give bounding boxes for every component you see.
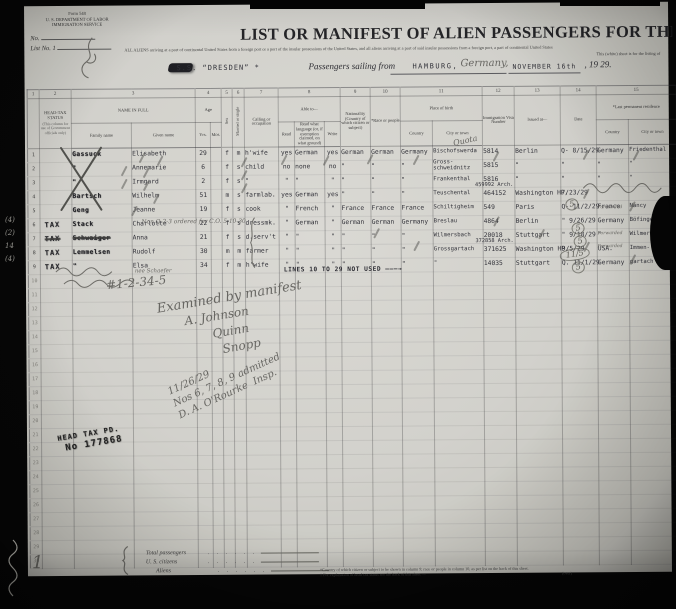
cell-nat: ": [341, 174, 371, 188]
col-header-yrs: Yrs.: [195, 122, 210, 147]
cell-yrs: [198, 441, 213, 455]
cell-calling: ": [245, 175, 279, 189]
cell-bcity: [435, 454, 485, 468]
cell-lcountry: [598, 397, 630, 411]
col-num: 4: [195, 88, 221, 97]
cell-read: [280, 385, 296, 399]
cell-yrs: [198, 511, 213, 525]
port-of-sailing: HAMBURG,: [412, 62, 458, 70]
cell-no: 27: [30, 513, 42, 527]
scanned-photo: Form 548 U. S. DEPARTMENT OF LABOR IMMIG…: [0, 0, 676, 609]
cell-write: [326, 413, 342, 427]
cell-tax: [41, 372, 73, 386]
cell-lcity: [630, 312, 676, 326]
cell-issued: [517, 509, 563, 523]
cell-mos: [213, 455, 224, 469]
cell-given: Jeanne: [132, 204, 196, 218]
cell-write: [326, 357, 342, 371]
cell-nat: [343, 496, 373, 510]
cell-no: 3: [28, 177, 40, 191]
cell-mos: [211, 203, 222, 217]
cell-read: [280, 399, 296, 413]
cell-nat: [342, 426, 372, 440]
cell-visa: [484, 299, 516, 313]
cell-tax: [41, 400, 73, 414]
cell-mos: [211, 147, 222, 161]
col-header-read: Read: [278, 122, 294, 147]
cell-write: [326, 371, 342, 385]
cell-read: [280, 413, 296, 427]
cell-calling: [246, 427, 280, 441]
cell-date: [563, 523, 599, 537]
cell-issued: [517, 495, 563, 509]
cell-read: [280, 315, 296, 329]
cell-read: [281, 497, 297, 511]
cell-bcity: [435, 496, 485, 510]
col-header-mos: Mos.: [210, 122, 221, 147]
cell-yrs: [197, 329, 212, 343]
cell-race: France: [371, 202, 401, 216]
cell-ms: s: [233, 203, 245, 217]
cell-family: [73, 330, 133, 344]
cell-family: Stack: [72, 218, 132, 232]
cell-visa: 5815: [483, 159, 515, 173]
cell-bcountry: [403, 510, 435, 524]
cell-bcity: Gross-schweidnitz: [433, 160, 483, 174]
cell-family: [73, 372, 133, 386]
illegible-scribble: [54, 263, 166, 292]
cell-write: [326, 343, 342, 357]
cell-bcountry: [402, 384, 434, 398]
cell-lang: [297, 469, 327, 483]
cell-nat: ": [341, 188, 371, 202]
cell-mos: [213, 469, 224, 483]
cell-tax: [41, 344, 73, 358]
margin-mark-2: (2): [5, 229, 15, 237]
cell-mos: [211, 231, 222, 245]
cell-ms: [235, 441, 247, 455]
cell-race: [372, 286, 402, 300]
cell-bcity: [434, 300, 484, 314]
cell-visa: [485, 481, 517, 495]
cell-family: [74, 512, 134, 526]
header-row-groups: HEAD-TAX STATUS (This column for use of …: [27, 94, 676, 124]
cell-no: 19: [29, 401, 41, 415]
cell-lang: [296, 385, 326, 399]
cell-sex: m: [222, 189, 233, 203]
cell-lcity: [630, 340, 676, 354]
footnote-block: *Country of which citizen or subject to …: [320, 565, 572, 577]
cell-write: [327, 469, 343, 483]
cell-lcountry: [599, 467, 631, 481]
cell-bcountry: [402, 370, 434, 384]
cell-no: 12: [29, 303, 41, 317]
cell-read: [280, 329, 296, 343]
col-num: 2: [39, 89, 71, 98]
cell-ms: [235, 469, 247, 483]
cell-date: [562, 299, 598, 313]
col-header-headtax: HEAD-TAX STATUS (This column for use of …: [39, 98, 71, 148]
cell-visa: [485, 523, 517, 537]
cell-given: Irmgard: [132, 176, 196, 190]
cell-write: yes: [325, 189, 341, 203]
cell-lcity: [630, 396, 676, 410]
cell-race: [372, 314, 402, 328]
cell-no: 20: [29, 415, 41, 429]
col-header-race: *Race or people: [370, 96, 400, 146]
cell-sex: [224, 497, 235, 511]
cell-mos: [212, 413, 223, 427]
cell-mos: [213, 483, 224, 497]
cell-bcountry: [402, 356, 434, 370]
cell-bcity: Teuschental: [433, 188, 483, 202]
col-header-read-lang: Read what language (or, if exemption cla…: [294, 122, 324, 147]
cell-lcountry: [599, 439, 631, 453]
subtitle: ALL ALIENS arriving at a port of contine…: [124, 44, 666, 53]
cell-lcountry: [598, 341, 630, 355]
cell-lang: [296, 371, 326, 385]
cell-lang: [296, 357, 326, 371]
cell-race: [373, 538, 403, 552]
cell-issued: [516, 369, 562, 383]
cell-bcountry: [403, 482, 435, 496]
cell-yrs: 6: [196, 161, 211, 175]
margin-mark-4: (4): [5, 255, 15, 263]
cell-lang: German: [295, 217, 325, 231]
cell-write: [326, 385, 342, 399]
cell-race: [373, 524, 403, 538]
cell-given: Wilhelm: [132, 190, 196, 204]
cell-lcity: [631, 480, 676, 494]
photo-border-tab-2: [560, 0, 660, 6]
cell-issued: [516, 299, 562, 313]
cell-bcity: [435, 468, 485, 482]
cell-bcity: Schiltigheim: [433, 202, 483, 216]
cell-lcity: [631, 550, 676, 564]
cell-lang: ": [295, 245, 325, 259]
cell-nat: [343, 552, 373, 566]
cell-no: 1: [28, 149, 40, 163]
cell-visa: [484, 397, 516, 411]
cell-lang: German: [295, 147, 325, 161]
forwarded-note-1: Forwarded: [597, 205, 622, 210]
row6-order-note: Non Q-2-3 ordered for C.O. 5-10-30: [142, 219, 246, 226]
cell-yrs: 19: [196, 203, 211, 217]
cell-race: [372, 328, 402, 342]
cell-sex: [224, 511, 235, 525]
cell-no: 8: [28, 247, 40, 261]
cell-given: [133, 330, 197, 344]
cell-write: [326, 329, 342, 343]
cell-bcountry: [402, 412, 434, 426]
cell-nat: [343, 510, 373, 524]
margin-mark-3: 14: [5, 242, 14, 250]
cell-read: [281, 525, 297, 539]
cell-lcountry: [597, 271, 629, 285]
cell-read: [281, 441, 297, 455]
list-label: List No. 1: [30, 45, 56, 52]
aliens-line: Aliens. . . . . .: [146, 565, 329, 575]
cell-nat: [342, 398, 372, 412]
cell-write: ": [325, 175, 341, 189]
cell-write: ": [325, 217, 341, 231]
col-header-calling: Calling or occupation: [244, 97, 278, 147]
cell-bcity: [435, 440, 485, 454]
manifest-body: 1GassuckElisabeth29fmh'wifeyesGermanyesG…: [28, 144, 676, 569]
cell-bcity: [434, 328, 484, 342]
cell-ms: [235, 525, 247, 539]
cell-lang: French: [295, 203, 325, 217]
cell-bcountry: [402, 286, 434, 300]
cell-lang: [296, 427, 326, 441]
cell-mos: [213, 441, 224, 455]
cell-yrs: [198, 497, 213, 511]
cell-lang: [297, 455, 327, 469]
col-header-issued: Issued at—: [514, 95, 560, 145]
cell-lcountry: Germany: [597, 257, 629, 271]
cell-ms: [235, 511, 247, 525]
cell-tax: [42, 512, 74, 526]
cell-no: 4: [28, 191, 40, 205]
cell-sex: f: [222, 161, 233, 175]
cell-lcity: ": [629, 158, 676, 172]
cell-read: ": [279, 231, 295, 245]
cell-sex: f: [222, 147, 233, 161]
cell-bcountry: [402, 314, 434, 328]
col-header-last-city: City or town: [628, 119, 676, 144]
cell-date: [562, 383, 598, 397]
cell-yrs: [197, 343, 212, 357]
photo-border-tab: [250, 0, 425, 9]
pencil-flourish: [72, 36, 102, 80]
cell-lang: German: [295, 189, 325, 203]
cell-lcity: [631, 508, 676, 522]
cell-nat: [342, 384, 372, 398]
cell-visa: [485, 495, 517, 509]
col-header-write: Write: [324, 122, 340, 147]
cell-nat: [343, 482, 373, 496]
cell-race: ": [371, 160, 401, 174]
cell-bcity: [434, 426, 484, 440]
cell-date: [563, 495, 599, 509]
cell-bcountry: [401, 272, 433, 286]
cell-sex: f: [222, 203, 233, 217]
cell-read: [281, 483, 297, 497]
cell-bcountry: [403, 440, 435, 454]
cell-issued: ": [515, 159, 561, 173]
cell-race: [373, 496, 403, 510]
cell-calling: [247, 455, 281, 469]
manifest-sheet: Form 548 U. S. DEPARTMENT OF LABOR IMMIG…: [24, 2, 672, 576]
cell-family: [73, 386, 133, 400]
cell-lcountry: [598, 383, 630, 397]
cell-tax: [42, 554, 74, 568]
cell-visa: 14035: [483, 257, 515, 271]
cell-no: 21: [29, 429, 41, 443]
service-line: IMMIGRATION SERVICE: [28, 22, 126, 28]
cell-tax: [42, 484, 74, 498]
cell-bcountry: [402, 398, 434, 412]
col-num: 6: [232, 88, 244, 97]
cell-no: 10: [28, 275, 40, 289]
residence-scribble: [581, 178, 663, 201]
cell-race: German: [371, 146, 401, 160]
cell-write: [325, 273, 341, 287]
cell-tax: [42, 456, 74, 470]
cell-tax: [41, 414, 73, 428]
cell-nat: [342, 314, 372, 328]
cell-date: [562, 285, 598, 299]
cell-calling: [246, 301, 280, 315]
cell-race: [372, 384, 402, 398]
cell-bcountry: [402, 328, 434, 342]
photo-clip-shadow: [650, 196, 676, 270]
cell-yrs: [198, 483, 213, 497]
cell-bcity: [434, 286, 484, 300]
cell-sex: [224, 525, 235, 539]
cell-tax: [42, 498, 74, 512]
cell-tax: [42, 540, 74, 554]
cell-mos: [212, 427, 223, 441]
cell-write: [327, 539, 343, 553]
cell-lcity: [631, 438, 676, 452]
footnote-2: † For explanation of head-tax status see…: [320, 570, 572, 577]
cell-lcity: [631, 494, 676, 508]
cell-nat: [342, 286, 372, 300]
cell-nat: German: [341, 216, 371, 230]
cell-nat: German: [341, 146, 371, 160]
no-label: No.: [30, 35, 39, 42]
cell-lang: [297, 497, 327, 511]
cell-race: [372, 300, 402, 314]
col-num: 9: [340, 87, 370, 96]
cell-write: [326, 427, 342, 441]
cell-nat: [343, 454, 373, 468]
cell-visa: [485, 537, 517, 551]
vessel-line: S.S. “DRESDEN” * Passengers sailing from…: [24, 59, 668, 79]
cell-read: [280, 427, 296, 441]
cell-yrs: 29: [196, 147, 211, 161]
cell-visa: [485, 425, 517, 439]
cell-issued: [516, 327, 562, 341]
cell-bcountry: [402, 426, 434, 440]
cell-yrs: 34: [196, 259, 211, 273]
col-header-name-group: NAME IN FULL: [71, 98, 195, 124]
col-num: 7: [244, 88, 278, 97]
cell-date: ": [561, 159, 597, 173]
col-num: 10: [370, 87, 400, 96]
cell-ms: [234, 427, 246, 441]
subtitle-2: This (white) sheet is for the listing of: [596, 51, 660, 56]
cell-bcountry: France: [401, 202, 433, 216]
cell-sex: [224, 483, 235, 497]
sailing-label: Passengers sailing from: [308, 61, 395, 72]
cell-nat: [341, 272, 371, 286]
cell-issued: [517, 481, 563, 495]
cell-race: [373, 454, 403, 468]
cell-write: [326, 399, 342, 413]
cell-read: ": [279, 217, 295, 231]
cell-family: Lemmelsen: [72, 246, 132, 260]
cell-race: ": [371, 244, 401, 258]
cell-visa: [485, 439, 517, 453]
col-header-birth-country: Country: [400, 121, 432, 146]
cell-date: [562, 369, 598, 383]
cell-visa: 372858 Arch.371625: [483, 243, 515, 257]
cell-write: [326, 301, 342, 315]
cell-no: 5: [28, 205, 40, 219]
cell-yrs: 51: [196, 189, 211, 203]
form-number-stamp: Form 548 U. S. DEPARTMENT OF LABOR IMMIG…: [28, 11, 126, 28]
cell-ms: [234, 399, 246, 413]
cell-read: ": [279, 245, 295, 259]
cell-no: 2: [28, 163, 40, 177]
cell-issued: [517, 467, 563, 481]
cell-lcountry: [598, 327, 630, 341]
cell-lcountry: [599, 481, 631, 495]
cell-lcity: [629, 270, 676, 284]
cell-issued: Stuttgart: [515, 257, 561, 271]
cell-issued: Washington HP.: [515, 243, 561, 257]
cell-sex: [223, 427, 234, 441]
cell-visa: [484, 341, 516, 355]
cell-read: [280, 343, 296, 357]
margin-mark-1: (4): [5, 216, 15, 224]
cell-given: [133, 344, 197, 358]
cell-given: [133, 428, 197, 442]
cell-nat: France: [341, 202, 371, 216]
cell-race: German: [371, 216, 401, 230]
cell-yrs: [196, 273, 211, 287]
cell-sex: [224, 469, 235, 483]
cell-date: [563, 439, 599, 453]
cell-yrs: [197, 413, 212, 427]
cell-mos: [211, 189, 222, 203]
cell-date: [563, 537, 599, 551]
cell-given: [134, 512, 198, 526]
cell-yrs: [198, 455, 213, 469]
cell-calling: cook: [245, 203, 279, 217]
cell-read: [280, 301, 296, 315]
cell-lcountry: [598, 313, 630, 327]
cell-bcity: [434, 384, 484, 398]
cell-issued: [517, 523, 563, 537]
cell-mos: [211, 273, 222, 287]
cell-mos: [211, 259, 222, 273]
cell-write: [326, 315, 342, 329]
cell-tax: [41, 302, 73, 316]
cell-ms: [235, 483, 247, 497]
cell-bcity: ": [433, 258, 483, 272]
cell-lcountry: [599, 425, 631, 439]
col-num: 12: [482, 86, 514, 95]
cell-nat: [342, 356, 372, 370]
cell-lcountry: [598, 285, 630, 299]
cell-read: yes: [279, 189, 295, 203]
cell-issued: [516, 341, 562, 355]
cell-tax: [41, 316, 73, 330]
cell-no: 18: [29, 387, 41, 401]
cell-yrs: 21: [196, 231, 211, 245]
cell-lcity: [630, 368, 676, 382]
cell-given: Rudolf: [132, 246, 196, 260]
cell-tax: [42, 526, 74, 540]
cell-nat: ": [341, 244, 371, 258]
cell-calling: farmlab.: [245, 189, 279, 203]
vessel-name: S.S. “DRESDEN” *: [176, 64, 259, 73]
cell-race: [372, 356, 402, 370]
cell-tax: [41, 386, 73, 400]
